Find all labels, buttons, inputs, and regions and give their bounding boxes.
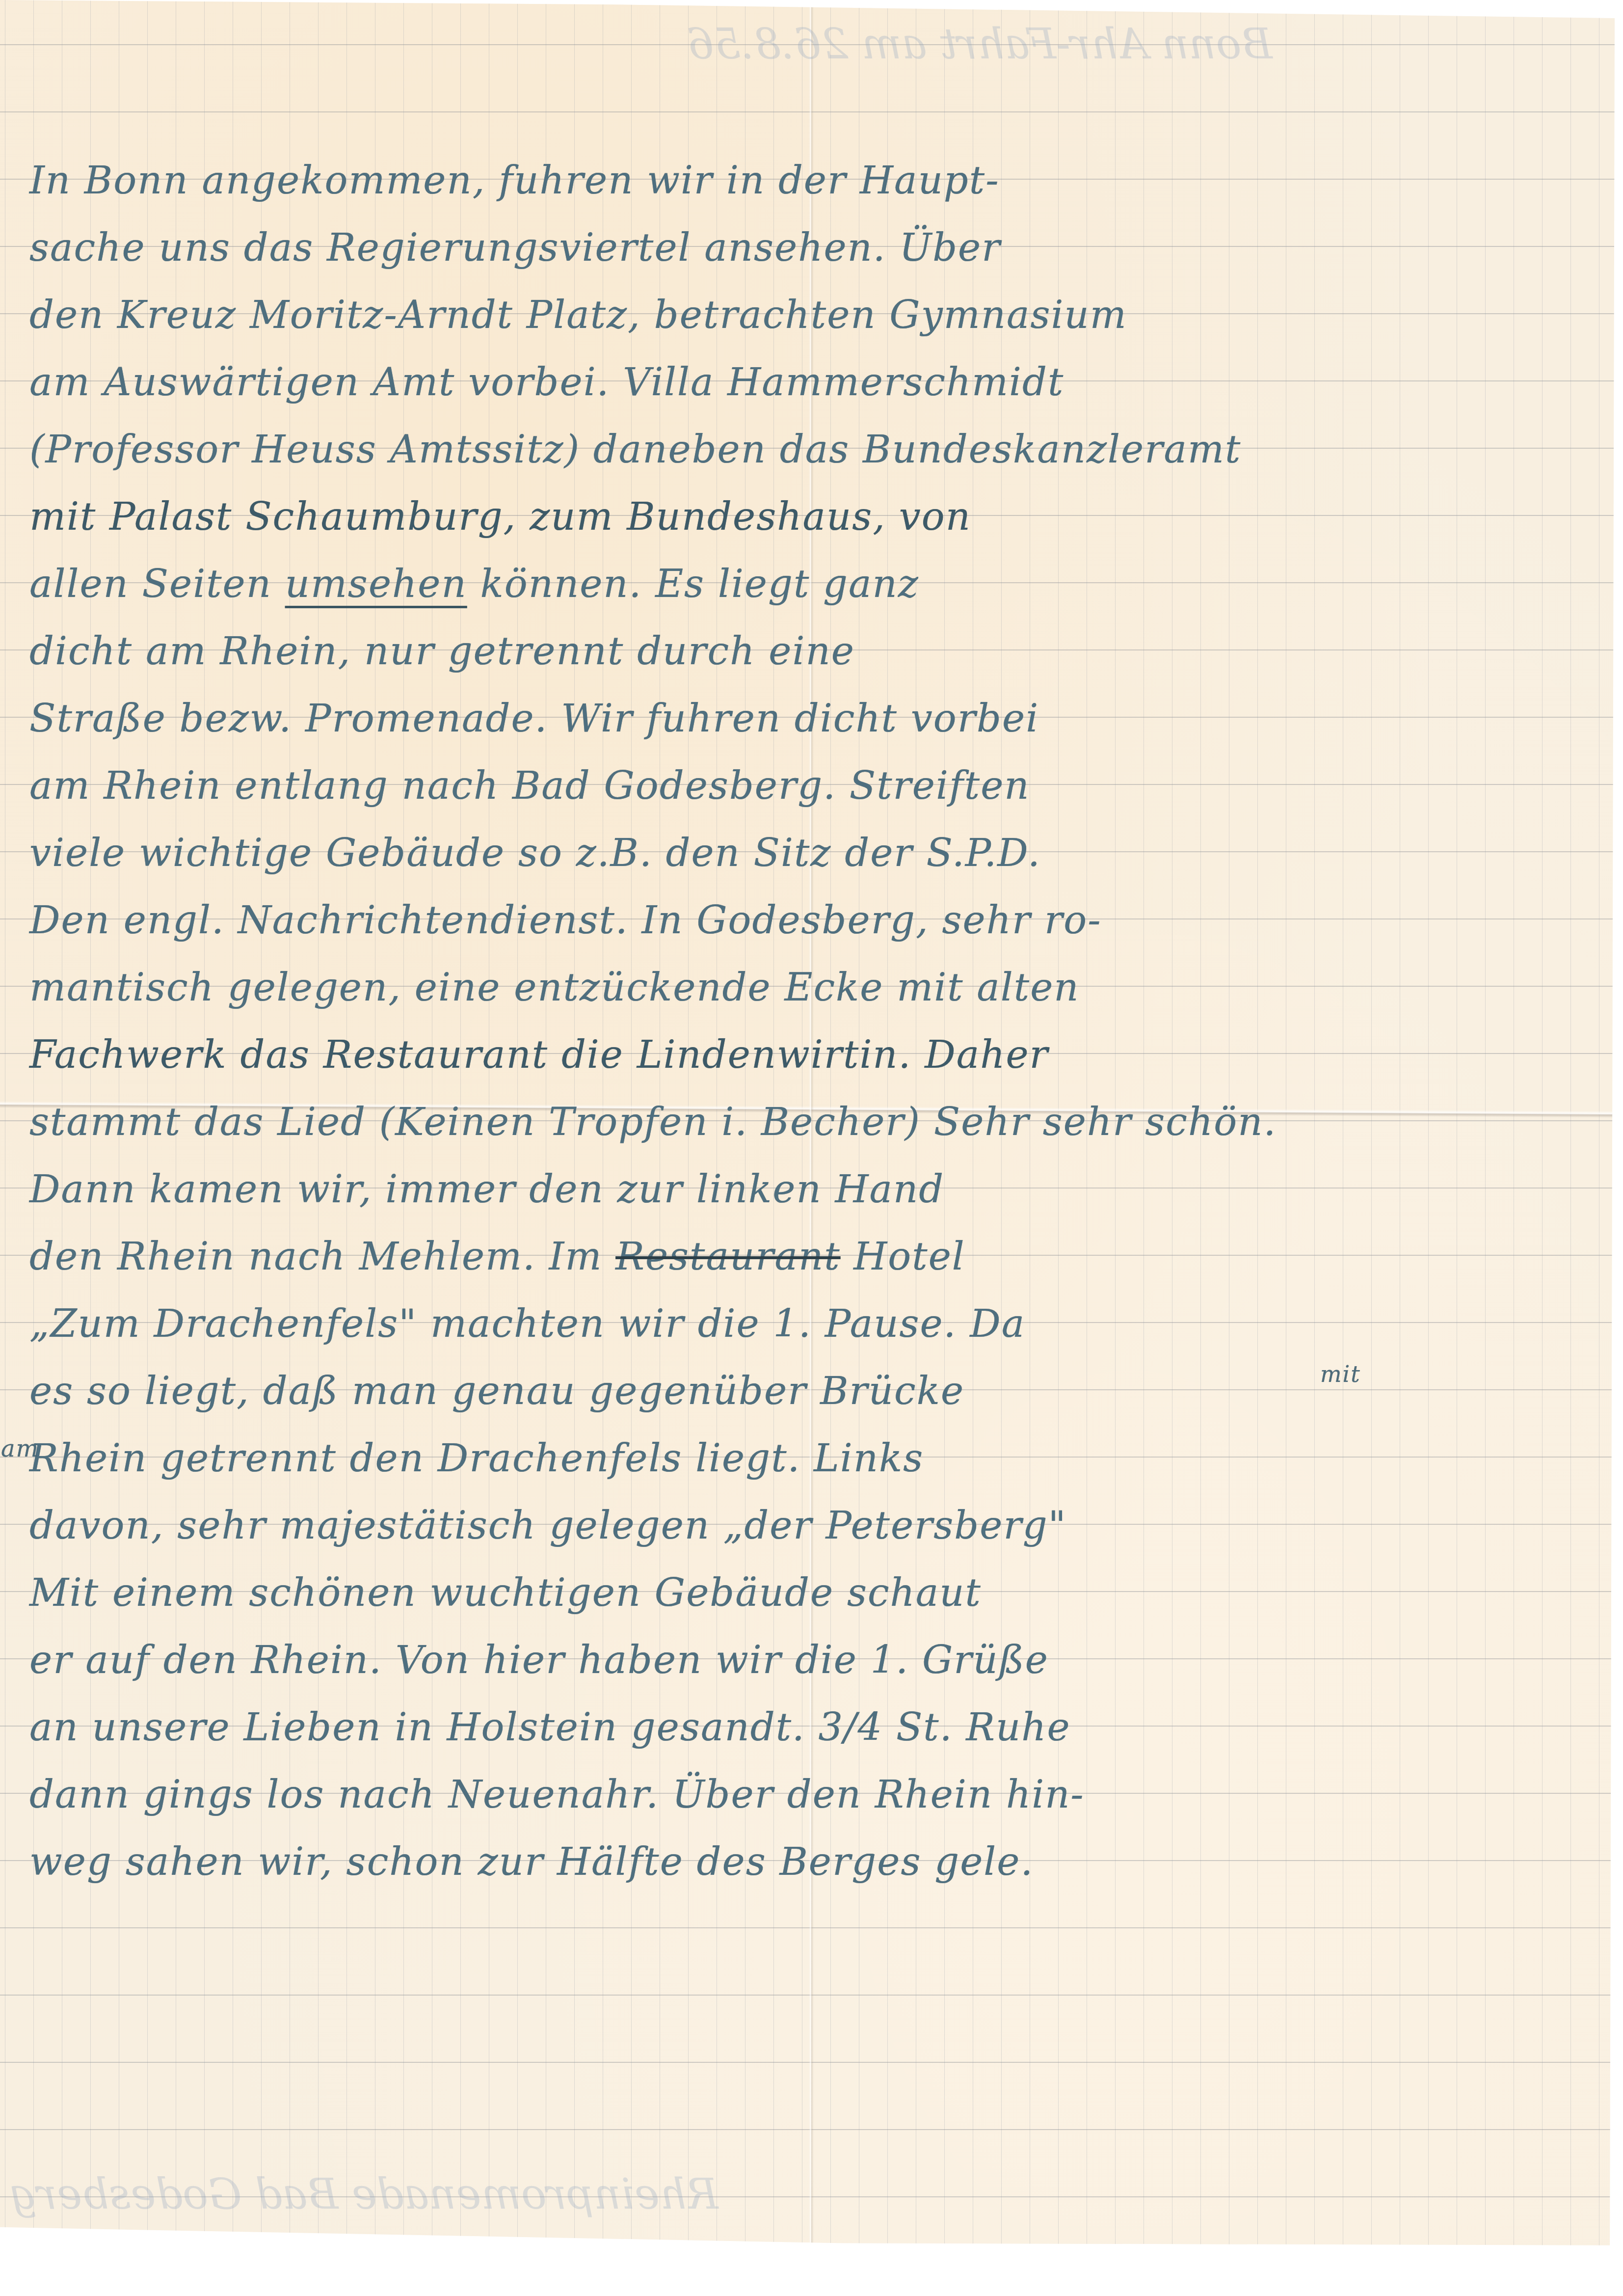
letter-line-10: am Rhein entlang nach Bad Godesberg. Str… [29,753,1585,820]
reverse-side-showthrough-bottom: Rheinpromenade Bad Godesberg [10,2170,718,2219]
superscript-insertion: mit [1320,1363,1361,1385]
letter-line-17-after: Hotel [841,1235,965,1279]
letter-line-5: (Professor Heuss Amtssitz) daneben das B… [29,416,1585,484]
letter-line-6: mit Palast Schaumburg, zum Bundeshaus, v… [29,484,1585,551]
letter-line-15: stammt das Lied (Keinen Tropfen i. Beche… [29,1089,1585,1156]
letter-body: In Bonn angekommen, fuhren wir in der Ha… [29,147,1585,1896]
letter-line-4: am Auswärtigen Amt vorbei. Villa Hammers… [29,349,1585,416]
letter-line-3: den Kreuz Moritz-Arndt Platz, betrachten… [29,282,1585,349]
letter-line-11: viele wichtige Gebäude so z.B. den Sitz … [29,820,1585,887]
letter-line-13: mantisch gelegen, eine entzückende Ecke … [29,954,1585,1022]
margin-insertion: am [1,1415,39,1483]
letter-line-21: davon, sehr majestätisch gelegen „der Pe… [29,1492,1585,1560]
letter-line-7-after: können. Es liegt ganz [467,562,919,606]
letter-line-16: Dann kamen wir, immer den zur linken Han… [29,1156,1585,1223]
letter-line-22: Mit einem schönen wuchtigen Gebäude scha… [29,1560,1585,1627]
letter-line-23: er auf den Rhein. Von hier haben wir die… [29,1627,1585,1694]
letter-line-7: allen Seiten umsehen können. Es liegt ga… [29,551,1585,618]
struck-word: Restaurant [615,1235,840,1279]
letter-line-7-before: allen Seiten [29,562,285,606]
letter-line-19: es so liegt, daß man genau gegenüber Brü… [29,1358,1585,1425]
letter-line-12: Den engl. Nachrichtendienst. In Godesber… [29,887,1585,954]
letter-line-25: dann gings los nach Neuenahr. Über den R… [29,1761,1585,1829]
letter-line-1: In Bonn angekommen, fuhren wir in der Ha… [29,147,1585,215]
letter-line-19-text: es so liegt, daß man genau gegenüber Brü… [29,1369,964,1413]
letter-line-24: an unsere Lieben in Holstein gesandt. 3/… [29,1694,1585,1761]
letter-line-20-text: Rhein getrennt den Drachenfels liegt. Li… [29,1436,924,1481]
letter-line-26: weg sahen wir, schon zur Hälfte des Berg… [29,1829,1585,1896]
letter-line-2: sache uns das Regierungsviertel ansehen.… [29,215,1585,282]
letter-line-20: am Rhein getrennt den Drachenfels liegt.… [29,1425,1585,1492]
letter-line-6-text: mit Palast Schaumburg, zum Bundeshaus, v… [29,495,971,539]
letter-line-8: dicht am Rhein, nur getrennt durch eine [29,618,1585,685]
letter-line-17-before: den Rhein nach Mehlem. Im [29,1235,615,1279]
letter-line-17: den Rhein nach Mehlem. Im Restaurant Hot… [29,1223,1585,1291]
letter-line-9: Straße bezw. Promenade. Wir fuhren dicht… [29,685,1585,753]
letter-line-14: Fachwerk das Restaurant die Lindenwirtin… [29,1022,1585,1089]
letter-line-18: „Zum Drachenfels" machten wir die 1. Pau… [29,1291,1585,1358]
underlined-word: umsehen [285,562,467,606]
reverse-side-showthrough-top: Bonn Ahr-Fahrt am 26.8.56 [687,20,1273,69]
letter-paper: Bonn Ahr-Fahrt am 26.8.56 Rheinpromenade… [0,0,1615,2268]
